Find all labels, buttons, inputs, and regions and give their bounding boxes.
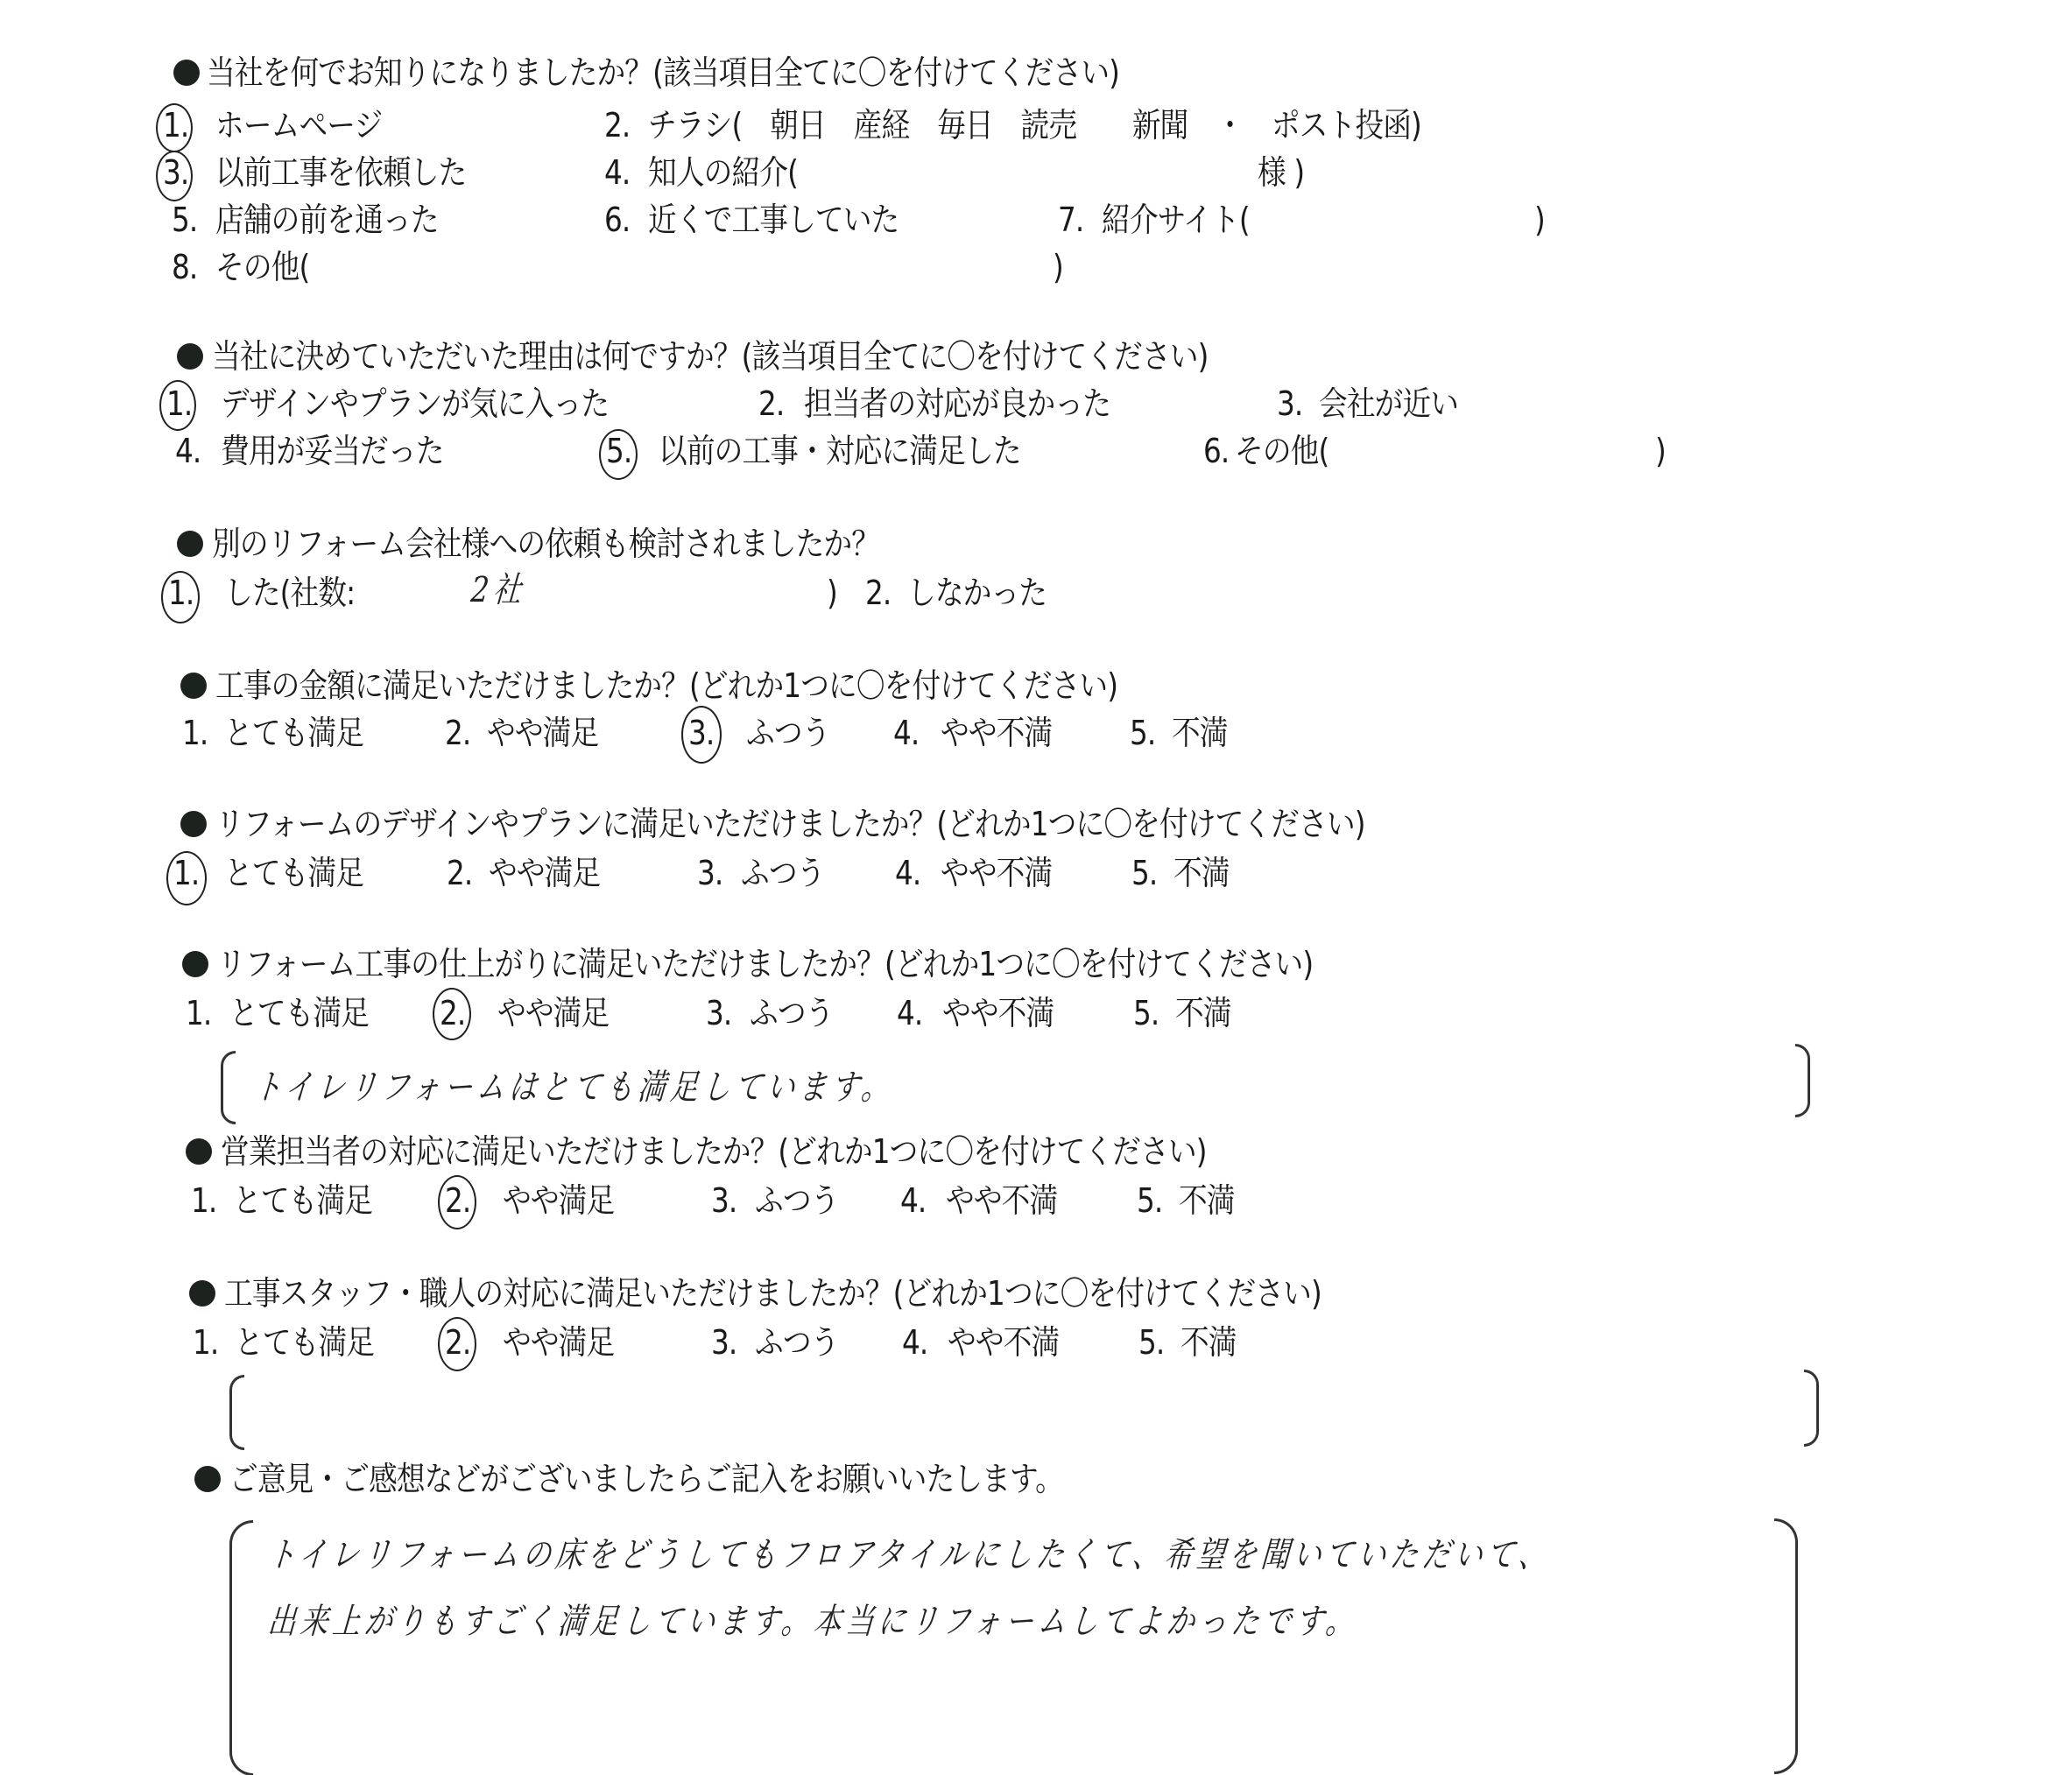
option-number: 4. — [893, 716, 919, 750]
option-label: やや不満 — [948, 1326, 1059, 1359]
question-heading: ご意見・ご感想などがございましたらご記入をお願いいたします。 — [229, 1462, 1063, 1496]
option-number: 1. — [182, 716, 208, 750]
bullet-icon — [177, 531, 203, 557]
option-label: やや不満 — [941, 856, 1052, 890]
bullet-icon — [173, 60, 200, 86]
option-label: とても満足 — [224, 716, 363, 750]
option-number: 2. — [447, 856, 472, 890]
option-number: 4. — [895, 856, 920, 890]
option-label: 不満 — [1179, 1184, 1235, 1217]
option-label: しなかった — [907, 576, 1047, 609]
option-number: 2. — [604, 109, 630, 142]
option-number: 3. — [697, 856, 722, 890]
option-number: 1. — [173, 856, 199, 890]
handwritten-comment-line: 出来上がりもすごく満足しています。本当にリフォームしてよかったです。 — [266, 1604, 1359, 1639]
option-label: やや満足 — [503, 1326, 614, 1359]
option-number: 5. — [172, 203, 197, 236]
option-label: ) — [1534, 203, 1545, 236]
question-heading: 別のリフォーム会社様への依頼も検討されましたか？ — [212, 527, 879, 560]
option-number: 1. — [186, 997, 211, 1030]
bullet-icon — [189, 1280, 215, 1307]
option-label: やや満足 — [489, 856, 600, 890]
option-label: とても満足 — [224, 856, 363, 890]
bullet-icon — [180, 811, 207, 837]
option-number: 5. — [606, 434, 631, 468]
option-label: ふつう — [741, 856, 824, 890]
option-label: 紹介サイト( — [1102, 203, 1250, 236]
handwritten-company-count: 2社 — [469, 573, 526, 608]
option-label: 店舗の前を通った — [215, 203, 439, 236]
option-label: ホームページ — [215, 109, 382, 142]
option-number: 4. — [175, 434, 201, 468]
option-number: 3. — [711, 1326, 736, 1359]
bullet-icon — [177, 343, 203, 370]
bracket-left — [229, 1375, 244, 1450]
question-heading: リフォーム工事の仕上がりに満足いただけましたか？(どれか1つに〇を付けてください… — [217, 947, 1313, 981]
bracket-right — [1804, 1370, 1819, 1447]
option-number: 2. — [445, 1326, 470, 1359]
question-heading: リフォームのデザインやプランに満足いただけましたか？(どれか1つに〇を付けてくだ… — [215, 807, 1365, 841]
option-label: ふつう — [750, 997, 833, 1030]
option-number: 2. — [445, 716, 470, 750]
option-label: 担当者の対応が良かった — [804, 387, 1110, 420]
option-label: 知人の紹介( — [648, 156, 798, 189]
option-number: 2. — [440, 997, 465, 1030]
option-number: 3. — [1277, 387, 1302, 420]
option-number: 5. — [1137, 1184, 1162, 1217]
option-label: 会社が近い — [1319, 387, 1458, 420]
option-label: ふつう — [746, 716, 829, 750]
bullet-icon — [180, 673, 207, 699]
option-number: 6. — [604, 203, 630, 236]
option-label: デザインやプランが気に入った — [221, 387, 609, 420]
option-label: やや満足 — [497, 997, 609, 1030]
option-number: 8. — [172, 250, 197, 284]
option-label: とても満足 — [235, 1326, 374, 1359]
option-number: 2. — [445, 1184, 470, 1217]
option-label: ) — [1655, 434, 1666, 468]
option-number: 1. — [166, 387, 192, 420]
question-heading: 当社を何でお知りになりましたか？(該当項目全てに〇を付けてください) — [207, 56, 1119, 89]
question-heading: 工事スタッフ・職人の対応に満足いただけましたか？(どれか1つに〇を付けてください… — [224, 1277, 1321, 1310]
option-number: 1. — [163, 109, 188, 142]
option-label: 不満 — [1173, 856, 1230, 890]
option-number: 3. — [706, 997, 731, 1030]
option-number: 5. — [1130, 716, 1155, 750]
option-number: 3. — [688, 716, 714, 750]
option-label: 費用が妥当だった — [221, 434, 444, 468]
option-label: とても満足 — [229, 997, 369, 1030]
option-label: やや不満 — [942, 997, 1054, 1030]
option-label: 不満 — [1175, 997, 1231, 1030]
option-label: 以前工事を依頼した — [215, 156, 466, 189]
option-label: とても満足 — [233, 1184, 372, 1217]
option-label: ふつう — [755, 1326, 838, 1359]
handwritten-comment: トイレリフォームはとても満足しています。 — [252, 1070, 895, 1105]
option-number: 2. — [865, 576, 891, 609]
option-label: やや満足 — [503, 1184, 614, 1217]
option-number: 6. — [1203, 434, 1229, 468]
option-number: 3. — [711, 1184, 736, 1217]
question-heading: 工事の金額に満足いただけましたか？(どれか1つに〇を付けてください) — [215, 669, 1117, 702]
option-label: ) — [827, 576, 837, 609]
option-label: ふつう — [755, 1184, 838, 1217]
option-number: 5. — [1131, 856, 1157, 890]
option-label: やや不満 — [946, 1184, 1057, 1217]
bullet-icon — [194, 1466, 221, 1492]
option-number: 1. — [193, 1326, 218, 1359]
option-number: 1. — [168, 576, 194, 609]
option-number: 3. — [163, 156, 188, 189]
bracket-right — [1795, 1044, 1810, 1117]
option-number: 1. — [191, 1184, 216, 1217]
option-label: やや満足 — [487, 716, 598, 750]
option-label: その他( — [215, 250, 309, 284]
option-label: 不満 — [1172, 716, 1228, 750]
option-label: 不満 — [1180, 1326, 1237, 1359]
option-number: 5. — [1133, 997, 1159, 1030]
option-label: ) — [1053, 250, 1063, 284]
bullet-icon — [186, 1138, 212, 1165]
option-label: した(社数: — [224, 576, 355, 609]
option-number: 7. — [1058, 203, 1083, 236]
option-number: 4. — [900, 1184, 926, 1217]
option-number: 2. — [758, 387, 784, 420]
handwritten-comment-line: トイレリフォームの床をどうしてもフロアタイルにしたくて、希望を聞いていただいて、 — [266, 1538, 1552, 1573]
option-number: 5. — [1138, 1326, 1164, 1359]
option-number: 4. — [902, 1326, 927, 1359]
bracket-left — [229, 1520, 253, 1775]
option-label: チラシ( 朝日 産経 毎日 読売 新聞 ・ ポスト投函) — [648, 109, 1421, 142]
bullet-icon — [182, 951, 208, 977]
bracket-right — [1774, 1518, 1798, 1774]
option-label: その他( — [1235, 434, 1328, 468]
option-label: 以前の工事・対応に満足した — [659, 434, 1021, 468]
question-heading: 当社に決めていただいた理由は何ですか？(該当項目全てに〇を付けてください) — [212, 340, 1208, 373]
option-number: 4. — [604, 156, 630, 189]
option-label: やや不満 — [941, 716, 1052, 750]
option-number: 4. — [897, 997, 922, 1030]
option-label: 様 ) — [1258, 156, 1304, 189]
bracket-left — [221, 1051, 236, 1124]
question-heading: 営業担当者の対応に満足いただけましたか？(どれか1つに〇を付けてください) — [221, 1135, 1207, 1168]
option-label: 近くで工事していた — [648, 203, 899, 236]
